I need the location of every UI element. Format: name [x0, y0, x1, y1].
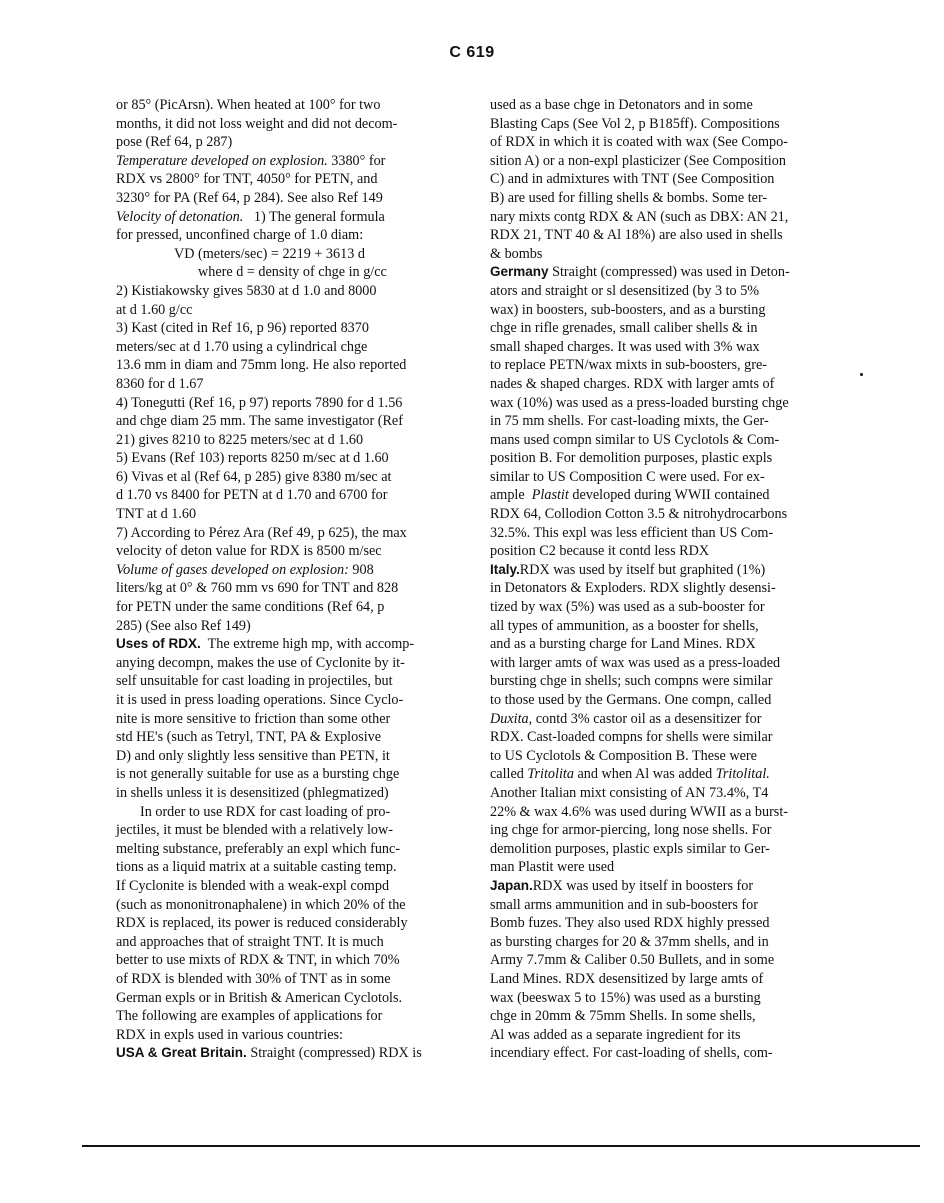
text-line: German expls or in British & American Cy… — [116, 989, 466, 1008]
text-line: & bombs — [490, 245, 842, 264]
text-line: wax) in boosters, sub-boosters, and as a… — [490, 301, 842, 320]
text-line: ing chge for armor-piercing, long nose s… — [490, 821, 842, 840]
text-line: tions as a liquid matrix at a suitable c… — [116, 858, 466, 877]
text-line: tized by wax (5%) was used as a sub-boos… — [490, 598, 842, 617]
left-column: or 85° (PicArsn). When heated at 100° fo… — [116, 96, 466, 1063]
text-line: RDX. Cast-loaded compns for shells were … — [490, 728, 842, 747]
germany-heading: Germany — [490, 264, 549, 279]
usa-text: Straight (compressed) RDX is — [250, 1045, 421, 1061]
volume-heading: Volume of gases developed on explosion: — [116, 562, 349, 578]
formula-line: VD (meters/sec) = 2219 + 3613 d — [116, 245, 466, 264]
usa-heading: USA & Great Britain. — [116, 1045, 247, 1060]
text-line: and as a bursting charge for Land Mines.… — [490, 635, 842, 654]
text-line: In order to use RDX for cast loading of … — [116, 803, 466, 822]
text-line: for PETN under the same conditions (Ref … — [116, 598, 466, 617]
text-line: std HE's (such as Tetryl, TNT, PA & Expl… — [116, 728, 466, 747]
text-line: jectiles, it must be blended with a rela… — [116, 821, 466, 840]
tritolita-term: Tritolita — [527, 766, 574, 782]
text-line: Velocity of detonation. 1) The general f… — [116, 208, 466, 227]
text-line: meters/sec at d 1.70 using a cylindrical… — [116, 338, 466, 357]
duxita-text: contd 3% castor oil as a desensitizer fo… — [536, 711, 762, 727]
text-line: RDX vs 2800° for TNT, 4050° for PETN, an… — [116, 170, 466, 189]
text-line: in Detonators & Exploders. RDX slightly … — [490, 579, 842, 598]
text-line: position C2 because it contd less RDX — [490, 542, 842, 561]
germany-text: Straight (compressed) was used in Deton- — [552, 264, 790, 280]
text-line: self unsuitable for cast loading in proj… — [116, 672, 466, 691]
text-line: of RDX in which it is coated with wax (S… — [490, 133, 842, 152]
text-line: wax (10%) was used as a press-loaded bur… — [490, 394, 842, 413]
text-line: small shaped charges. It was used with 3… — [490, 338, 842, 357]
text-line: Uses of RDX. The extreme high mp, with a… — [116, 635, 466, 654]
text-line: (such as mononitronaphalene) in which 20… — [116, 896, 466, 915]
italy-text: RDX was used by itself but graphited (1%… — [520, 562, 765, 578]
text-line: of RDX is blended with 30% of TNT as in … — [116, 970, 466, 989]
text-line: 13.6 mm in diam and 75mm long. He also r… — [116, 356, 466, 375]
text-line: mans used compn similar to US Cyclotols … — [490, 431, 842, 450]
text-line: B) are used for filling shells & bombs. … — [490, 189, 842, 208]
text-line: months, it did not loss weight and did n… — [116, 115, 466, 134]
tritolital-term: Tritolital. — [716, 766, 770, 782]
text-line: 7) According to Pérez Ara (Ref 49, p 625… — [116, 524, 466, 543]
text-line: better to use mixts of RDX & TNT, in whi… — [116, 951, 466, 970]
page-number: C 619 — [0, 44, 944, 62]
text-line: RDX 64, Collodion Cotton 3.5 & nitrohydr… — [490, 505, 842, 524]
text-line: man Plastit were used — [490, 858, 842, 877]
text-line: for pressed, unconfined charge of 1.0 di… — [116, 226, 466, 245]
text-line: Italy.RDX was used by itself but graphit… — [490, 561, 842, 580]
text-line: and chge diam 25 mm. The same investigat… — [116, 412, 466, 431]
text-line: Bomb fuzes. They also used RDX highly pr… — [490, 914, 842, 933]
text-line: called Tritolita and when Al was added T… — [490, 765, 842, 784]
temperature-heading: Temperature developed on explosion. — [116, 153, 328, 169]
text-line: pose (Ref 64, p 287) — [116, 133, 466, 152]
velocity-heading: Velocity of detonation. — [116, 209, 243, 225]
formula-definition: where d = density of chge in g/cc — [116, 263, 466, 282]
text-line: 5) Evans (Ref 103) reports 8250 m/sec at… — [116, 449, 466, 468]
text-line: 3230° for PA (Ref 64, p 284). See also R… — [116, 189, 466, 208]
text-line: RDX is replaced, its power is reduced co… — [116, 914, 466, 933]
text-line: velocity of deton value for RDX is 8500 … — [116, 542, 466, 561]
text-line: as bursting charges for 20 & 37mm shells… — [490, 933, 842, 952]
text-line: to US Cyclotols & Composition B. These w… — [490, 747, 842, 766]
text-line: d 1.70 vs 8400 for PETN at d 1.70 and 67… — [116, 486, 466, 505]
text-line: Another Italian mixt consisting of AN 73… — [490, 784, 842, 803]
scan-speck — [860, 373, 863, 376]
text-line: Army 7.7mm & Caliber 0.50 Bullets, and i… — [490, 951, 842, 970]
text-line: The following are examples of applicatio… — [116, 1007, 466, 1026]
text-line: is not generally suitable for use as a b… — [116, 765, 466, 784]
text-line: and approaches that of straight TNT. It … — [116, 933, 466, 952]
text-line: Germany Straight (compressed) was used i… — [490, 263, 842, 282]
text-line: Duxita, contd 3% castor oil as a desensi… — [490, 710, 842, 729]
japan-heading: Japan. — [490, 878, 533, 893]
text-line: 6) Vivas et al (Ref 64, p 285) give 8380… — [116, 468, 466, 487]
text-line: bursting chge in shells; such compns wer… — [490, 672, 842, 691]
text-line: 4) Tonegutti (Ref 16, p 97) reports 7890… — [116, 394, 466, 413]
text-line: to those used by the Germans. One compn,… — [490, 691, 842, 710]
text-line: in 75 mm shells. For cast-loading mixts,… — [490, 412, 842, 431]
text-line: all types of ammunition, as a booster fo… — [490, 617, 842, 636]
text-line: sition A) or a non-expl plasticizer (See… — [490, 152, 842, 171]
text-line: demolition purposes, plastic expls simil… — [490, 840, 842, 859]
text-line: D) and only slightly less sensitive than… — [116, 747, 466, 766]
text-line: to replace PETN/wax mixts in sub-booster… — [490, 356, 842, 375]
text-line: 3) Kast (cited in Ref 16, p 96) reported… — [116, 319, 466, 338]
text-line: small arms ammunition and in sub-booster… — [490, 896, 842, 915]
text-line: RDX 21, TNT 40 & Al 18%) are also used i… — [490, 226, 842, 245]
text-line: If Cyclonite is blended with a weak-expl… — [116, 877, 466, 896]
text-line: 2) Kistiakowsky gives 5830 at d 1.0 and … — [116, 282, 466, 301]
duxita-term: Duxita, — [490, 711, 532, 727]
and-when-text: and when Al was added — [578, 766, 713, 782]
text-line: nite is more sensitive to friction than … — [116, 710, 466, 729]
text-line: anying decompn, makes the use of Cycloni… — [116, 654, 466, 673]
called-text: called — [490, 766, 524, 782]
text-line: chge in rifle grenades, small caliber sh… — [490, 319, 842, 338]
text-line: TNT at d 1.60 — [116, 505, 466, 524]
text-line: melting substance, preferably an expl wh… — [116, 840, 466, 859]
text-line: nades & shaped charges. RDX with larger … — [490, 375, 842, 394]
japan-text: RDX was used by itself in boosters for — [533, 878, 753, 894]
ample-text: ample — [490, 487, 525, 503]
text-line: Temperature developed on explosion. 3380… — [116, 152, 466, 171]
text-line: nary mixts contg RDX & AN (such as DBX: … — [490, 208, 842, 227]
footer-rule — [82, 1145, 920, 1147]
right-column: used as a base chge in Detonators and in… — [490, 96, 842, 1063]
text-line: liters/kg at 0° & 760 mm vs 690 for TNT … — [116, 579, 466, 598]
text-line: wax (beeswax 5 to 15%) was used as a bur… — [490, 989, 842, 1008]
text-line: with larger amts of wax was used as a pr… — [490, 654, 842, 673]
text-line: at d 1.60 g/cc — [116, 301, 466, 320]
text-line: Al was added as a separate ingredient fo… — [490, 1026, 842, 1045]
text-line: Blasting Caps (See Vol 2, p B185ff). Com… — [490, 115, 842, 134]
text-line: RDX in expls used in various countries: — [116, 1026, 466, 1045]
text-line: Japan.RDX was used by itself in boosters… — [490, 877, 842, 896]
text-line: position B. For demolition purposes, pla… — [490, 449, 842, 468]
plastit-term: Plastit — [532, 487, 569, 503]
text-line: similar to US Composition C were used. F… — [490, 468, 842, 487]
text-line: 8360 for d 1.67 — [116, 375, 466, 394]
text-line: ators and straight or sl desensitized (b… — [490, 282, 842, 301]
text-line: Land Mines. RDX desensitized by large am… — [490, 970, 842, 989]
text-line: C) and in admixtures with TNT (See Compo… — [490, 170, 842, 189]
text-line: it is used in press loading operations. … — [116, 691, 466, 710]
text-line: in shells unless it is desensitized (phl… — [116, 784, 466, 803]
text-line: or 85° (PicArsn). When heated at 100° fo… — [116, 96, 466, 115]
italy-heading: Italy. — [490, 562, 520, 577]
text-line: 32.5%. This expl was less efficient than… — [490, 524, 842, 543]
plastit-text: developed during WWII contained — [572, 487, 769, 503]
text-line: 285) (See also Ref 149) — [116, 617, 466, 636]
text-line: ample Plastit developed during WWII cont… — [490, 486, 842, 505]
text-line: Volume of gases developed on explosion: … — [116, 561, 466, 580]
text-line: used as a base chge in Detonators and in… — [490, 96, 842, 115]
text-line: chge in 20mm & 75mm Shells. In some shel… — [490, 1007, 842, 1026]
text-line: 21) gives 8210 to 8225 meters/sec at d 1… — [116, 431, 466, 450]
text-line: USA & Great Britain. Straight (compresse… — [116, 1044, 466, 1063]
uses-heading: Uses of RDX. — [116, 636, 201, 651]
text-line: 22% & wax 4.6% was used during WWII as a… — [490, 803, 842, 822]
text-line: incendiary effect. For cast-loading of s… — [490, 1044, 842, 1063]
